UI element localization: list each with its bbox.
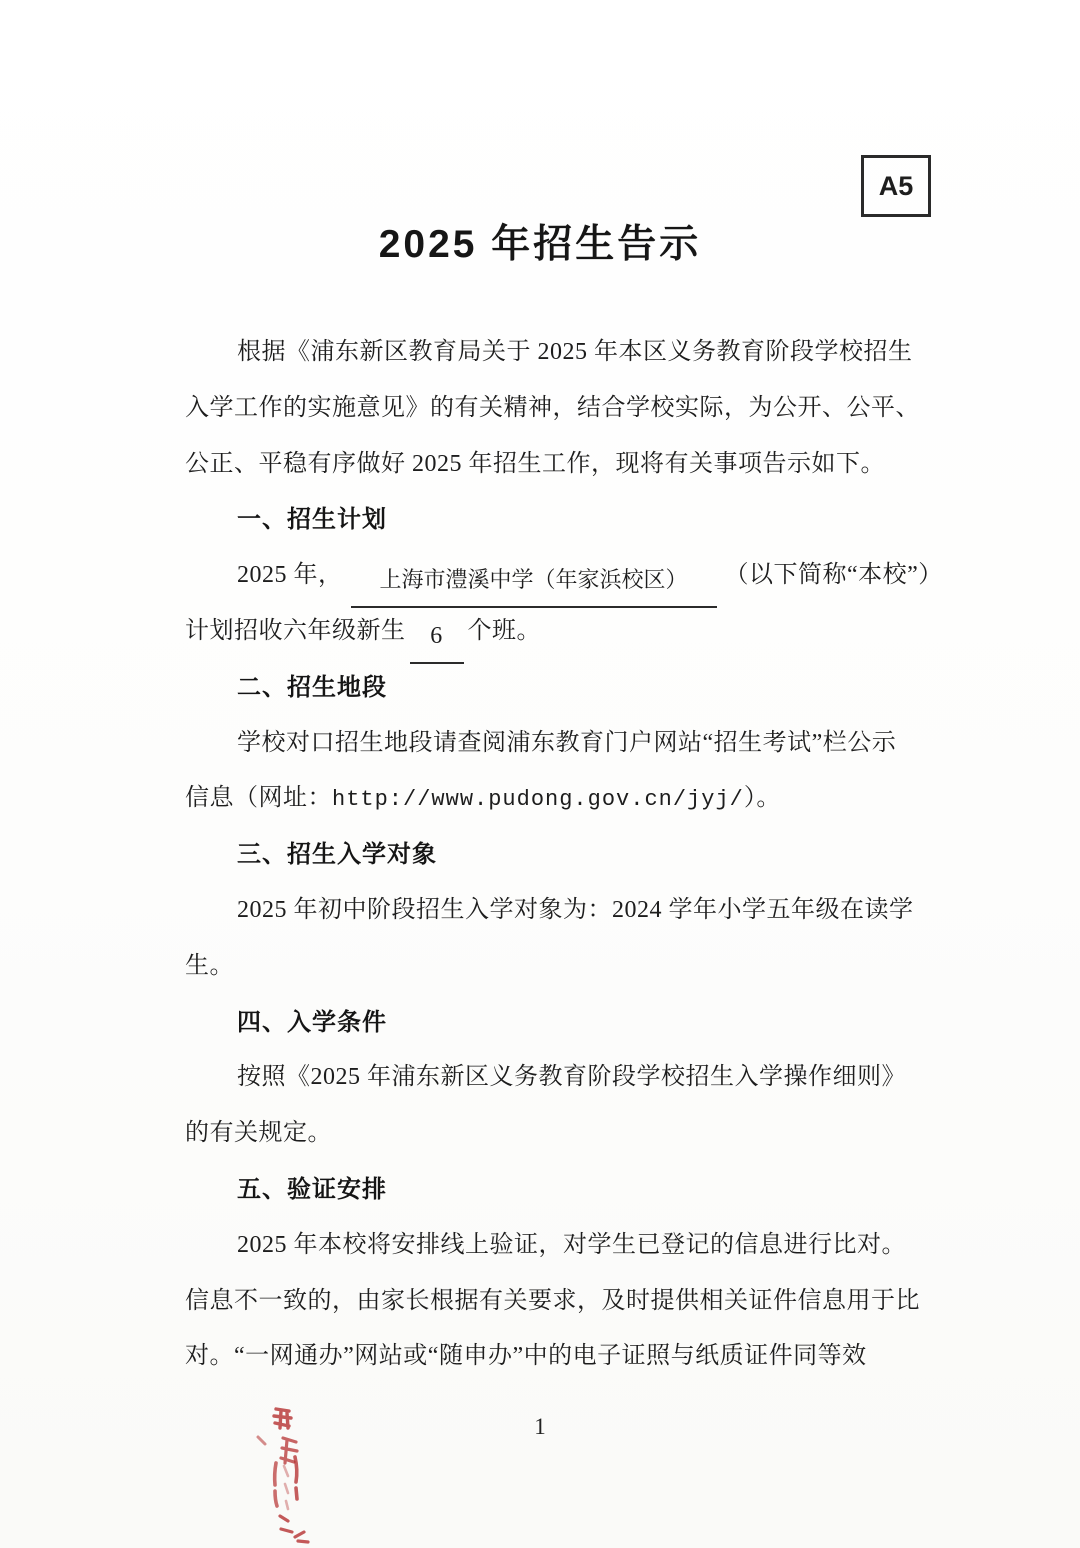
section-4-line-2: 的有关规定。	[185, 1106, 917, 1162]
section-2-line-2: 信息（网址：http://www.pudong.gov.cn/jyj/）。	[185, 771, 917, 827]
section-3-heading: 三、招生入学对象	[185, 827, 917, 883]
intro-line-3: 公正、平稳有序做好 2025 年招生工作，现将有关事项告示如下。	[185, 437, 917, 493]
section-4-line-1: 按照《2025 年浦东新区义务教育阶段学校招生入学操作细则》	[185, 1050, 917, 1106]
red-seal-stamp-icon	[249, 1400, 321, 1546]
document-body: 根据《浦东新区教育局关于 2025 年本区义务教育阶段学校招生 入学工作的实施意…	[185, 325, 917, 1385]
school-name-value: 上海市澧溪中学（年家浜校区）	[379, 568, 687, 592]
scanned-document-page: A5 2025 年招生告示 根据《浦东新区教育局关于 2025 年本区义务教育阶…	[0, 0, 1080, 1548]
section-1-line-2-prefix: 计划招收六年级新生	[185, 618, 406, 644]
section-4-heading: 四、入学条件	[185, 995, 917, 1051]
section-5-line-2: 信息不一致的，由家长根据有关要求，及时提供相关证件信息用于比	[185, 1274, 917, 1330]
page-number: 1	[0, 1414, 1080, 1440]
section-3-line-2: 生。	[185, 939, 917, 995]
section-5-heading: 五、验证安排	[185, 1162, 917, 1218]
section-1-line-1: 2025 年，上海市澧溪中学（年家浜校区）（以下简称“本校”）	[185, 548, 917, 604]
section-1-line-1-prefix: 2025 年，	[237, 562, 343, 588]
paper-size-box: A5	[861, 155, 931, 217]
section-2-line-2-suffix: ）。	[744, 785, 781, 811]
section-2-line-2-prefix: 信息（网址：	[185, 785, 332, 811]
section-1-line-1-suffix: （以下简称“本校”）	[725, 562, 943, 588]
section-1-line-2-suffix: 个班。	[468, 618, 542, 644]
section-2-line-1: 学校对口招生地段请查阅浦东教育门户网站“招生考试”栏公示	[185, 716, 917, 772]
website-url: http://www.pudong.gov.cn/jyj/	[332, 787, 744, 812]
class-count-value: 6	[430, 624, 443, 648]
paper-size-label: A5	[879, 171, 914, 202]
intro-line-2: 入学工作的实施意见》的有关精神，结合学校实际，为公开、公平、	[185, 381, 917, 437]
class-count-blank: 6	[410, 624, 464, 664]
section-2-heading: 二、招生地段	[185, 660, 917, 716]
section-5-line-3: 对。“一网通办”网站或“随申办”中的电子证照与纸质证件同等效	[185, 1329, 917, 1385]
document-title: 2025 年招生告示	[0, 213, 1080, 269]
intro-line-1: 根据《浦东新区教育局关于 2025 年本区义务教育阶段学校招生	[185, 325, 917, 381]
school-name-blank: 上海市澧溪中学（年家浜校区）	[351, 568, 717, 608]
section-3-line-1: 2025 年初中阶段招生入学对象为：2024 学年小学五年级在读学	[185, 883, 917, 939]
section-1-heading: 一、招生计划	[185, 492, 917, 548]
section-5-line-1: 2025 年本校将安排线上验证，对学生已登记的信息进行比对。	[185, 1218, 917, 1274]
section-1-line-2: 计划招收六年级新生6个班。	[185, 604, 917, 660]
